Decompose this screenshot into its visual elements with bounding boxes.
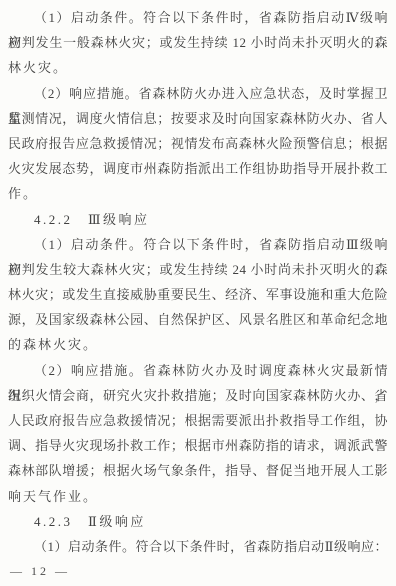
text-line: 森林部队增援；根据火场气象条件，指导、督促当地开展人工影 bbox=[8, 458, 388, 483]
text-line: （2）响应措施。省森林防火办及时调度森林火灾最新情况， bbox=[8, 358, 388, 383]
text-line: （1）启动条件。符合以下条件时，省森防指启动Ⅲ级响应： bbox=[8, 232, 388, 257]
text-line: 响天气作业。 bbox=[8, 484, 388, 509]
text-line: 源，及国家级森林公园、自然保护区、风景名胜区和革命纪念地 bbox=[8, 307, 388, 332]
text-line: 的森林火灾。 bbox=[8, 332, 388, 357]
section-heading: 4.2.2 Ⅲ级响应 bbox=[8, 207, 388, 232]
text-line: 组织火情会商，研究火灾扑救措施；及时向国家森林防火办、省 bbox=[8, 383, 388, 408]
document-page: （1）启动条件。符合以下条件时，省森防指启动Ⅳ级响应：初判发生一般森林火灾；或发… bbox=[0, 0, 396, 586]
page-number: — 12 — bbox=[8, 559, 388, 584]
document-body: （1）启动条件。符合以下条件时，省森防指启动Ⅳ级响应：初判发生一般森林火灾；或发… bbox=[8, 5, 388, 559]
text-line: 林火灾。 bbox=[8, 55, 388, 80]
section-heading: 4.2.3 Ⅱ级响应 bbox=[8, 509, 388, 534]
text-line: 民政府报告应急救援情况；视情发布高森林火险预警信息；根据 bbox=[8, 131, 388, 156]
text-line: （2）响应措施。省森林防火办进入应急状态，及时掌握卫星 bbox=[8, 81, 388, 106]
text-line: 初判发生一般森林火灾；或发生持续 12 小时尚未扑灭明火的森 bbox=[8, 30, 388, 55]
text-line: 火灾发展态势，调度市州森防指派出工作组协助指导开展扑救工 bbox=[8, 156, 388, 181]
text-line: （1）启动条件。符合以下条件时，省森防指启动Ⅳ级响应： bbox=[8, 5, 388, 30]
text-line: 林火灾；或发生直接威胁重要民生、经济、军事设施和重大危险 bbox=[8, 282, 388, 307]
text-line: 初判发生较大森林火灾；或发生持续 24 小时尚未扑灭明火的森 bbox=[8, 257, 388, 282]
text-line: （1）启动条件。符合以下条件时，省森防指启动Ⅱ级响应： bbox=[8, 534, 388, 559]
text-line: 监测情况，调度火情信息；按要求及时向国家森林防火办、省人 bbox=[8, 106, 388, 131]
text-line: 人民政府报告应急救援情况；根据需要派出扑救指导工作组，协 bbox=[8, 408, 388, 433]
text-line: 作。 bbox=[8, 181, 388, 206]
text-line: 调、指导火灾现场扑救工作；根据市州森防指的请求，调派武警 bbox=[8, 433, 388, 458]
